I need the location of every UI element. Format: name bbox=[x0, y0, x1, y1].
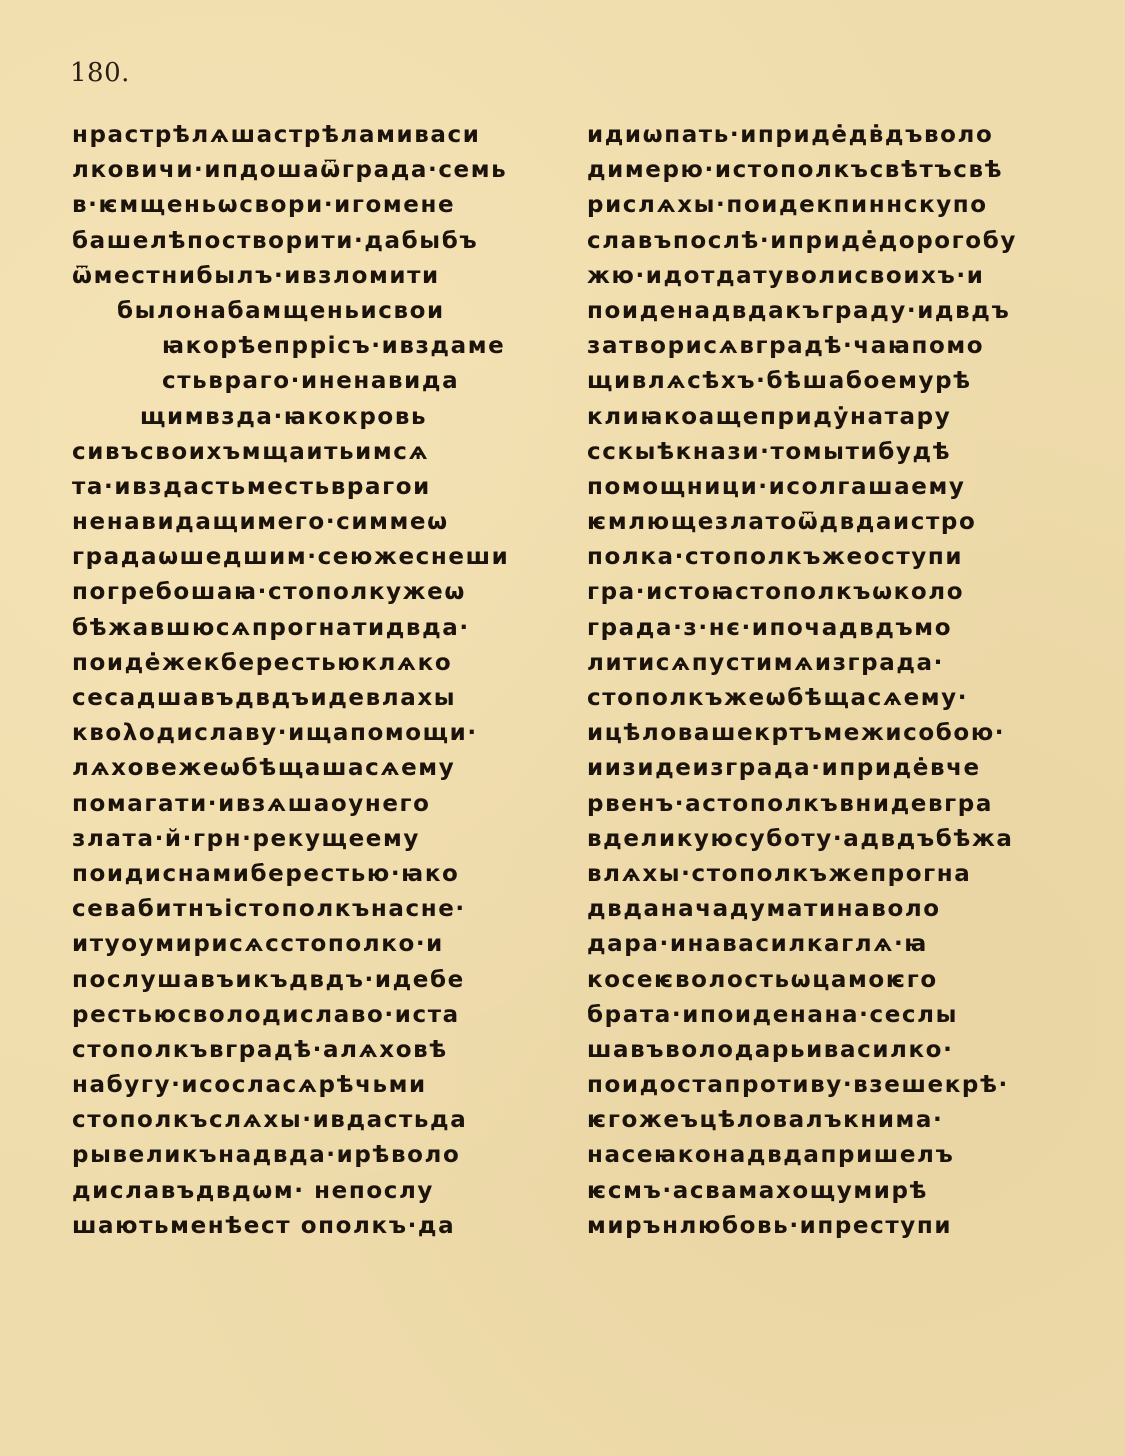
manuscript-line: в·ѥмщеньѡсвори·игомене bbox=[72, 188, 562, 223]
manuscript-line: помощници·исолгашаему bbox=[587, 470, 1097, 505]
manuscript-line: гра·истоꙗстополкъѡколо bbox=[587, 575, 1097, 610]
manuscript-line: итуоумирисѧсстополко·и bbox=[72, 927, 562, 962]
manuscript-line: рислѧхы·поидекпиннскупо bbox=[587, 188, 1097, 223]
manuscript-line: рывеликънадвда·ирѣволо bbox=[72, 1138, 562, 1173]
manuscript-line: башелѣпостворити·дабыбъ bbox=[72, 224, 562, 259]
manuscript-line: поиденадвдакъграду·идвдъ bbox=[587, 294, 1097, 329]
manuscript-line: щимвзда·ꙗкокровь bbox=[72, 400, 562, 435]
right-text-column: идиѡпать·иприде̇дв̇дъволодимерю·истополк… bbox=[587, 118, 1097, 1244]
manuscript-line: помагати·ивзѧшаоунего bbox=[72, 787, 562, 822]
manuscript-line: диславъдвдѡм· непослу bbox=[72, 1174, 562, 1209]
manuscript-line: вделикуюсуботу·адвдъбѣжа bbox=[587, 822, 1097, 857]
manuscript-line: лѧховежеѡбѣщашасѧему bbox=[72, 751, 562, 786]
manuscript-line: набугу·исосласѧрѣчьми bbox=[72, 1068, 562, 1103]
manuscript-line: поидостапротиву·взешекрѣ· bbox=[587, 1068, 1097, 1103]
manuscript-line: клиꙗкоащеприду̇натару bbox=[587, 400, 1097, 435]
manuscript-line: та·ивздастьместьврагои bbox=[72, 470, 562, 505]
manuscript-line: лковичи·ипдошаѿграда·семь bbox=[72, 153, 562, 188]
manuscript-line: косеѥволостьѡцамоѥго bbox=[587, 963, 1097, 998]
manuscript-line: былонабамщеньисвои bbox=[72, 294, 562, 329]
manuscript-line: иизидеизграда·иприде̇вче bbox=[587, 751, 1097, 786]
manuscript-line: ꙗкорѣепррісъ·ивздаме bbox=[72, 329, 562, 364]
manuscript-line: градаѡшедшим·сеюжеснеши bbox=[72, 540, 562, 575]
manuscript-line: нрастрѣлѧшастрѣламиваси bbox=[72, 118, 562, 153]
manuscript-line: стополкъвградѣ·алѧховѣ bbox=[72, 1033, 562, 1068]
manuscript-line: ѥсмъ·асвамахощумирѣ bbox=[587, 1174, 1097, 1209]
manuscript-line: погребошаꙗ·стополкужеѡ bbox=[72, 575, 562, 610]
manuscript-line: рестьюсволодиславо·иста bbox=[72, 998, 562, 1033]
manuscript-line: славъпослѣ·иприде̇дорогобу bbox=[587, 224, 1097, 259]
manuscript-line: щивлѧсѣхъ·бѣшабоемурѣ bbox=[587, 364, 1097, 399]
manuscript-line: послушавъикъдвдъ·идебе bbox=[72, 963, 562, 998]
manuscript-line: бѣжавшюсѧпрогнатидвда· bbox=[72, 611, 562, 646]
manuscript-line: шаютьменѣест ополкъ·да bbox=[72, 1209, 562, 1244]
manuscript-line: ицѣловашекртъмежисобою· bbox=[587, 716, 1097, 751]
manuscript-line: стополкъслѧхы·ивдастьда bbox=[72, 1103, 562, 1138]
manuscript-line: злата·й·грн·рекущеему bbox=[72, 822, 562, 857]
manuscript-line: идиѡпать·иприде̇дв̇дъволо bbox=[587, 118, 1097, 153]
manuscript-line: жю·идотдатуволисвоихъ·и bbox=[587, 259, 1097, 294]
manuscript-line: литисѧпустимѧизграда· bbox=[587, 646, 1097, 681]
manuscript-line: квολодиславу·ищапомощи· bbox=[72, 716, 562, 751]
manuscript-line: ненавидащимего·симмеѡ bbox=[72, 505, 562, 540]
manuscript-line: двданачадуматинаволо bbox=[587, 892, 1097, 927]
manuscript-line: ѥмлющезлатоѿдвдаистро bbox=[587, 505, 1097, 540]
manuscript-line: влѧхы·стополкъжепрогна bbox=[587, 857, 1097, 892]
manuscript-line: затворисѧвградѣ·чаꙗпомо bbox=[587, 329, 1097, 364]
manuscript-line: стополкъжеѡбѣщасѧему· bbox=[587, 681, 1097, 716]
manuscript-line: брата·ипоиденана·сеслы bbox=[587, 998, 1097, 1033]
manuscript-line: шавъволодарьивасилко· bbox=[587, 1033, 1097, 1068]
manuscript-line: насеꙗконадвдапришелъ bbox=[587, 1138, 1097, 1173]
manuscript-line: димерю·истополкъсвѣтъсвѣ bbox=[587, 153, 1097, 188]
manuscript-line: поиде̇жекберестьюклѧко bbox=[72, 646, 562, 681]
manuscript-line: севабитнъістополкънасне· bbox=[72, 892, 562, 927]
manuscript-line: стьвраго·иненавида bbox=[72, 364, 562, 399]
manuscript-line: рвенъ·астополкъвнидевгра bbox=[587, 787, 1097, 822]
manuscript-line: сскыѣкнази·томытибудѣ bbox=[587, 435, 1097, 470]
manuscript-line: сивъсвоихъмщаитьимсѧ bbox=[72, 435, 562, 470]
manuscript-line: поидиснамиберестью·ꙗко bbox=[72, 857, 562, 892]
manuscript-line: сесадшавъдвдъидевлахы bbox=[72, 681, 562, 716]
manuscript-line: ѿместнибылъ·ивзломити bbox=[72, 259, 562, 294]
manuscript-line: полка·стополкъжеоступи bbox=[587, 540, 1097, 575]
left-text-column: нрастрѣлѧшастрѣламивасилковичи·ипдошаѿгр… bbox=[72, 118, 562, 1244]
manuscript-line: мирънлюбовь·ипреступи bbox=[587, 1209, 1097, 1244]
manuscript-line: ѥгожеъцѣловалъкнима· bbox=[587, 1103, 1097, 1138]
manuscript-line: дара·инавасилкаглѧ·ꙗ bbox=[587, 927, 1097, 962]
manuscript-line: града·з·нє·ипочадвдъмо bbox=[587, 611, 1097, 646]
page-number: 180. bbox=[70, 58, 130, 88]
